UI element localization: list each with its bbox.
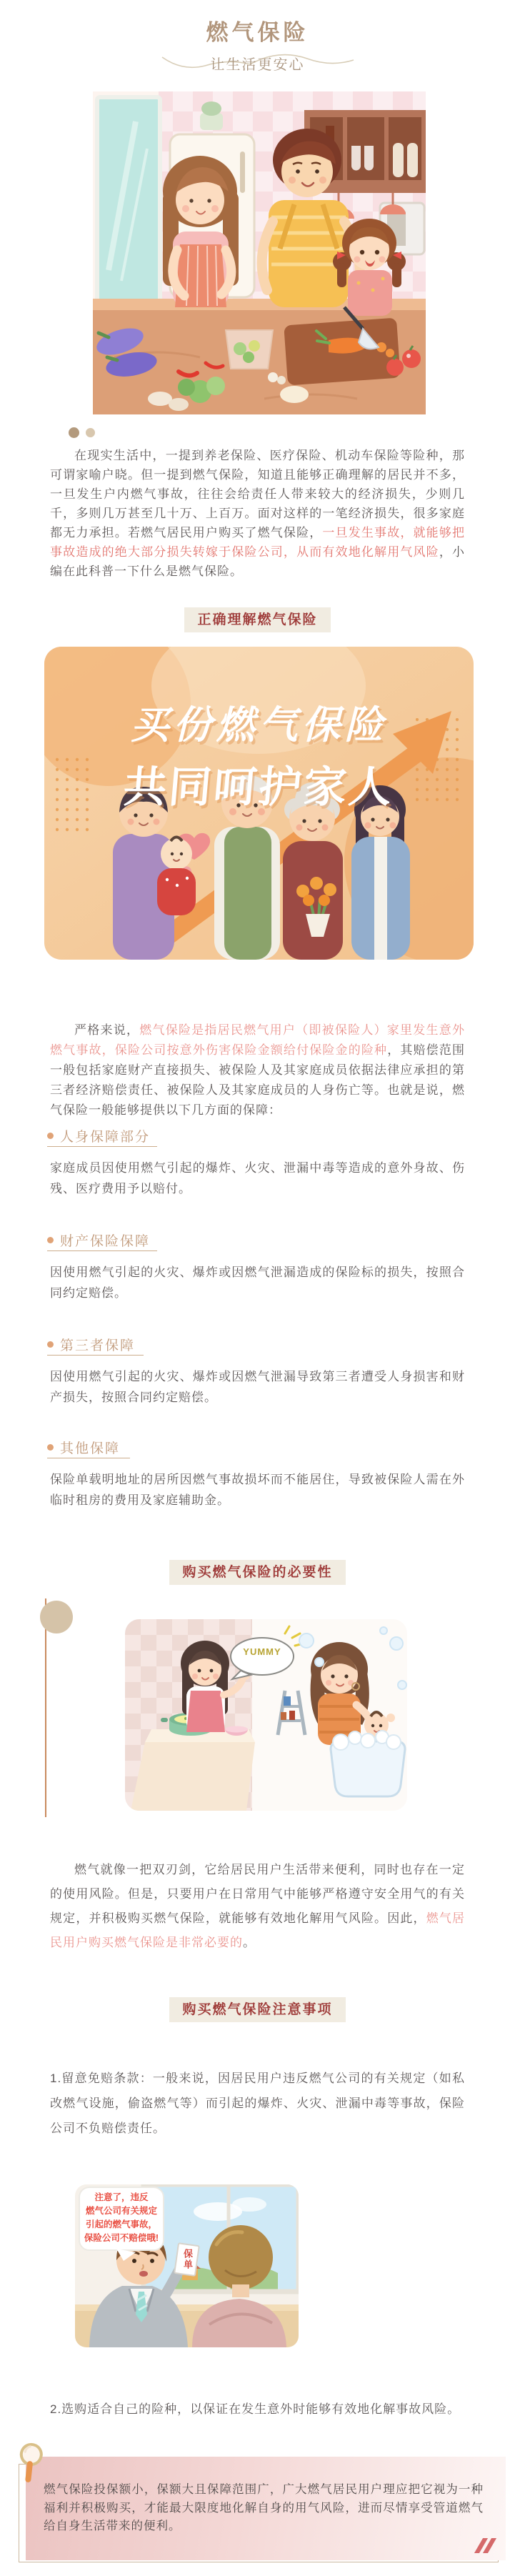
section-header-notes-label: 购买燃气保险注意事项 — [182, 2002, 332, 2017]
page-title: 燃气保险 — [0, 14, 515, 46]
section-header-necessity: 购买燃气保险的必要性 — [169, 1560, 345, 1585]
underline-decoration — [47, 1250, 157, 1251]
definition-paragraph: 严格来说，燃气保险是指居民燃气用户（即被保险人）家里发生意外燃气事故，保险公司按… — [50, 1020, 465, 1120]
coverage-title-personal: 人身保障部分 — [60, 1126, 150, 1145]
divider-dots — [69, 427, 95, 438]
coverage-text-personal: 家庭成员因使用燃气引起的爆炸、火灾、泄漏中毒等造成的意外身故、伤残、医疗费用予以… — [50, 1158, 465, 1199]
note1-paragraph: 1.留意免赔条款：一般来说，因居民用户违反燃气公司的有关规定（如私改燃气设施，偷… — [50, 2066, 465, 2141]
necessity-pre: 燃气就像一把双刃剑，它给居民用户生活带来便利，同时也存在一定的使用风险。但是，只… — [50, 1863, 465, 1925]
bullet-icon — [47, 1237, 54, 1243]
coverage-text-thirdparty: 因使用燃气引起的火灾、爆炸或因燃气泄漏导致第三者遭受人身损害和财产损失，按照合同… — [50, 1366, 465, 1408]
magnifier-icon — [14, 2441, 50, 2482]
necessity-paragraph: 燃气就像一把双刃剑，它给居民用户生活带来便利，同时也存在一定的使用风险。但是，只… — [50, 1858, 465, 1955]
bullet-icon — [47, 1133, 54, 1139]
coverage-text-other: 保险单载明地址的居所因燃气事故损坏而不能居住，导致被保险人需在外临时租房的费用及… — [50, 1469, 465, 1511]
bubble-line: 注意了，违反 — [81, 2191, 162, 2204]
dot-dark — [69, 427, 79, 438]
policy-paper-label: 保单 — [181, 2249, 194, 2270]
coverage-text-property: 因使用燃气引起的火灾、爆炸或因燃气泄漏造成的保险标的损失，按照合同约定赔偿。 — [50, 1262, 465, 1303]
bullet-icon — [47, 1341, 54, 1348]
underline-decoration — [47, 1146, 157, 1147]
bubble-line: 燃气公司有关规定 — [81, 2204, 162, 2218]
banner-slogan-line2: 共同呵护家人 — [41, 753, 476, 815]
page-subtitle: 让生活更安心 — [0, 53, 515, 74]
coverage-title-property: 财产保险保障 — [60, 1230, 150, 1250]
agent-speech-bubble: 注意了，违反 燃气公司有关规定 引起的燃气事故， 保险公司不赔偿哦! — [81, 2191, 162, 2245]
section-understand-header-row: 正确理解燃气保险 — [0, 607, 515, 632]
coverage-item-thirdparty: 第三者保障 — [47, 1335, 135, 1354]
kitchen-family-illustration — [93, 91, 426, 414]
side-circle-decoration — [40, 1601, 73, 1633]
yummy-bubble-label: YUMMY — [232, 1646, 292, 1657]
necessity-tail: 。 — [243, 1936, 256, 1949]
section-header-understand-label: 正确理解燃气保险 — [197, 612, 317, 627]
gas-insurance-article: 燃气保险 让生活更安心 — [0, 0, 515, 2576]
bubble-line: 引起的燃气事故， — [81, 2218, 162, 2232]
dot-light — [86, 428, 95, 437]
section-header-notes: 购买燃气保险注意事项 — [169, 1997, 345, 2022]
section-header-necessity-label: 购买燃气保险的必要性 — [182, 1565, 332, 1580]
coverage-title-thirdparty: 第三者保障 — [60, 1335, 135, 1354]
coverage-item-personal: 人身保障部分 — [47, 1126, 150, 1145]
underline-decoration — [47, 1355, 144, 1356]
section-header-understand: 正确理解燃气保险 — [184, 607, 330, 632]
underline-decoration — [47, 1458, 130, 1458]
side-line-decoration — [45, 1598, 46, 1817]
coverage-item-other: 其他保障 — [47, 1438, 120, 1457]
bullet-icon — [47, 1444, 54, 1451]
coverage-item-property: 财产保险保障 — [47, 1230, 150, 1250]
banner-slogan-line1: 买份燃气保险 — [44, 695, 474, 750]
section-necessity-header-row: 购买燃气保险的必要性 — [0, 1560, 515, 1585]
definition-pre: 严格来说， — [74, 1023, 139, 1037]
footer-summary-text: 燃气保险投保额小，保额大且保障范围广，广大燃气居民用户理应把它视为一种福利并积极… — [44, 2481, 484, 2536]
intro-paragraph: 在现实生活中，一提到养老保险、医疗保险、机动车保险等险种，那可谓家喻户晓。但一提… — [50, 446, 465, 581]
coverage-title-other: 其他保障 — [60, 1438, 120, 1457]
bubble-line: 保险公司不赔偿哦! — [81, 2232, 162, 2245]
note2-paragraph: 2.选购适合自己的险种，以保证在发生意外时能够有效地化解事故风险。 — [50, 2397, 465, 2422]
section-notes-header-row: 购买燃气保险注意事项 — [0, 1997, 515, 2022]
